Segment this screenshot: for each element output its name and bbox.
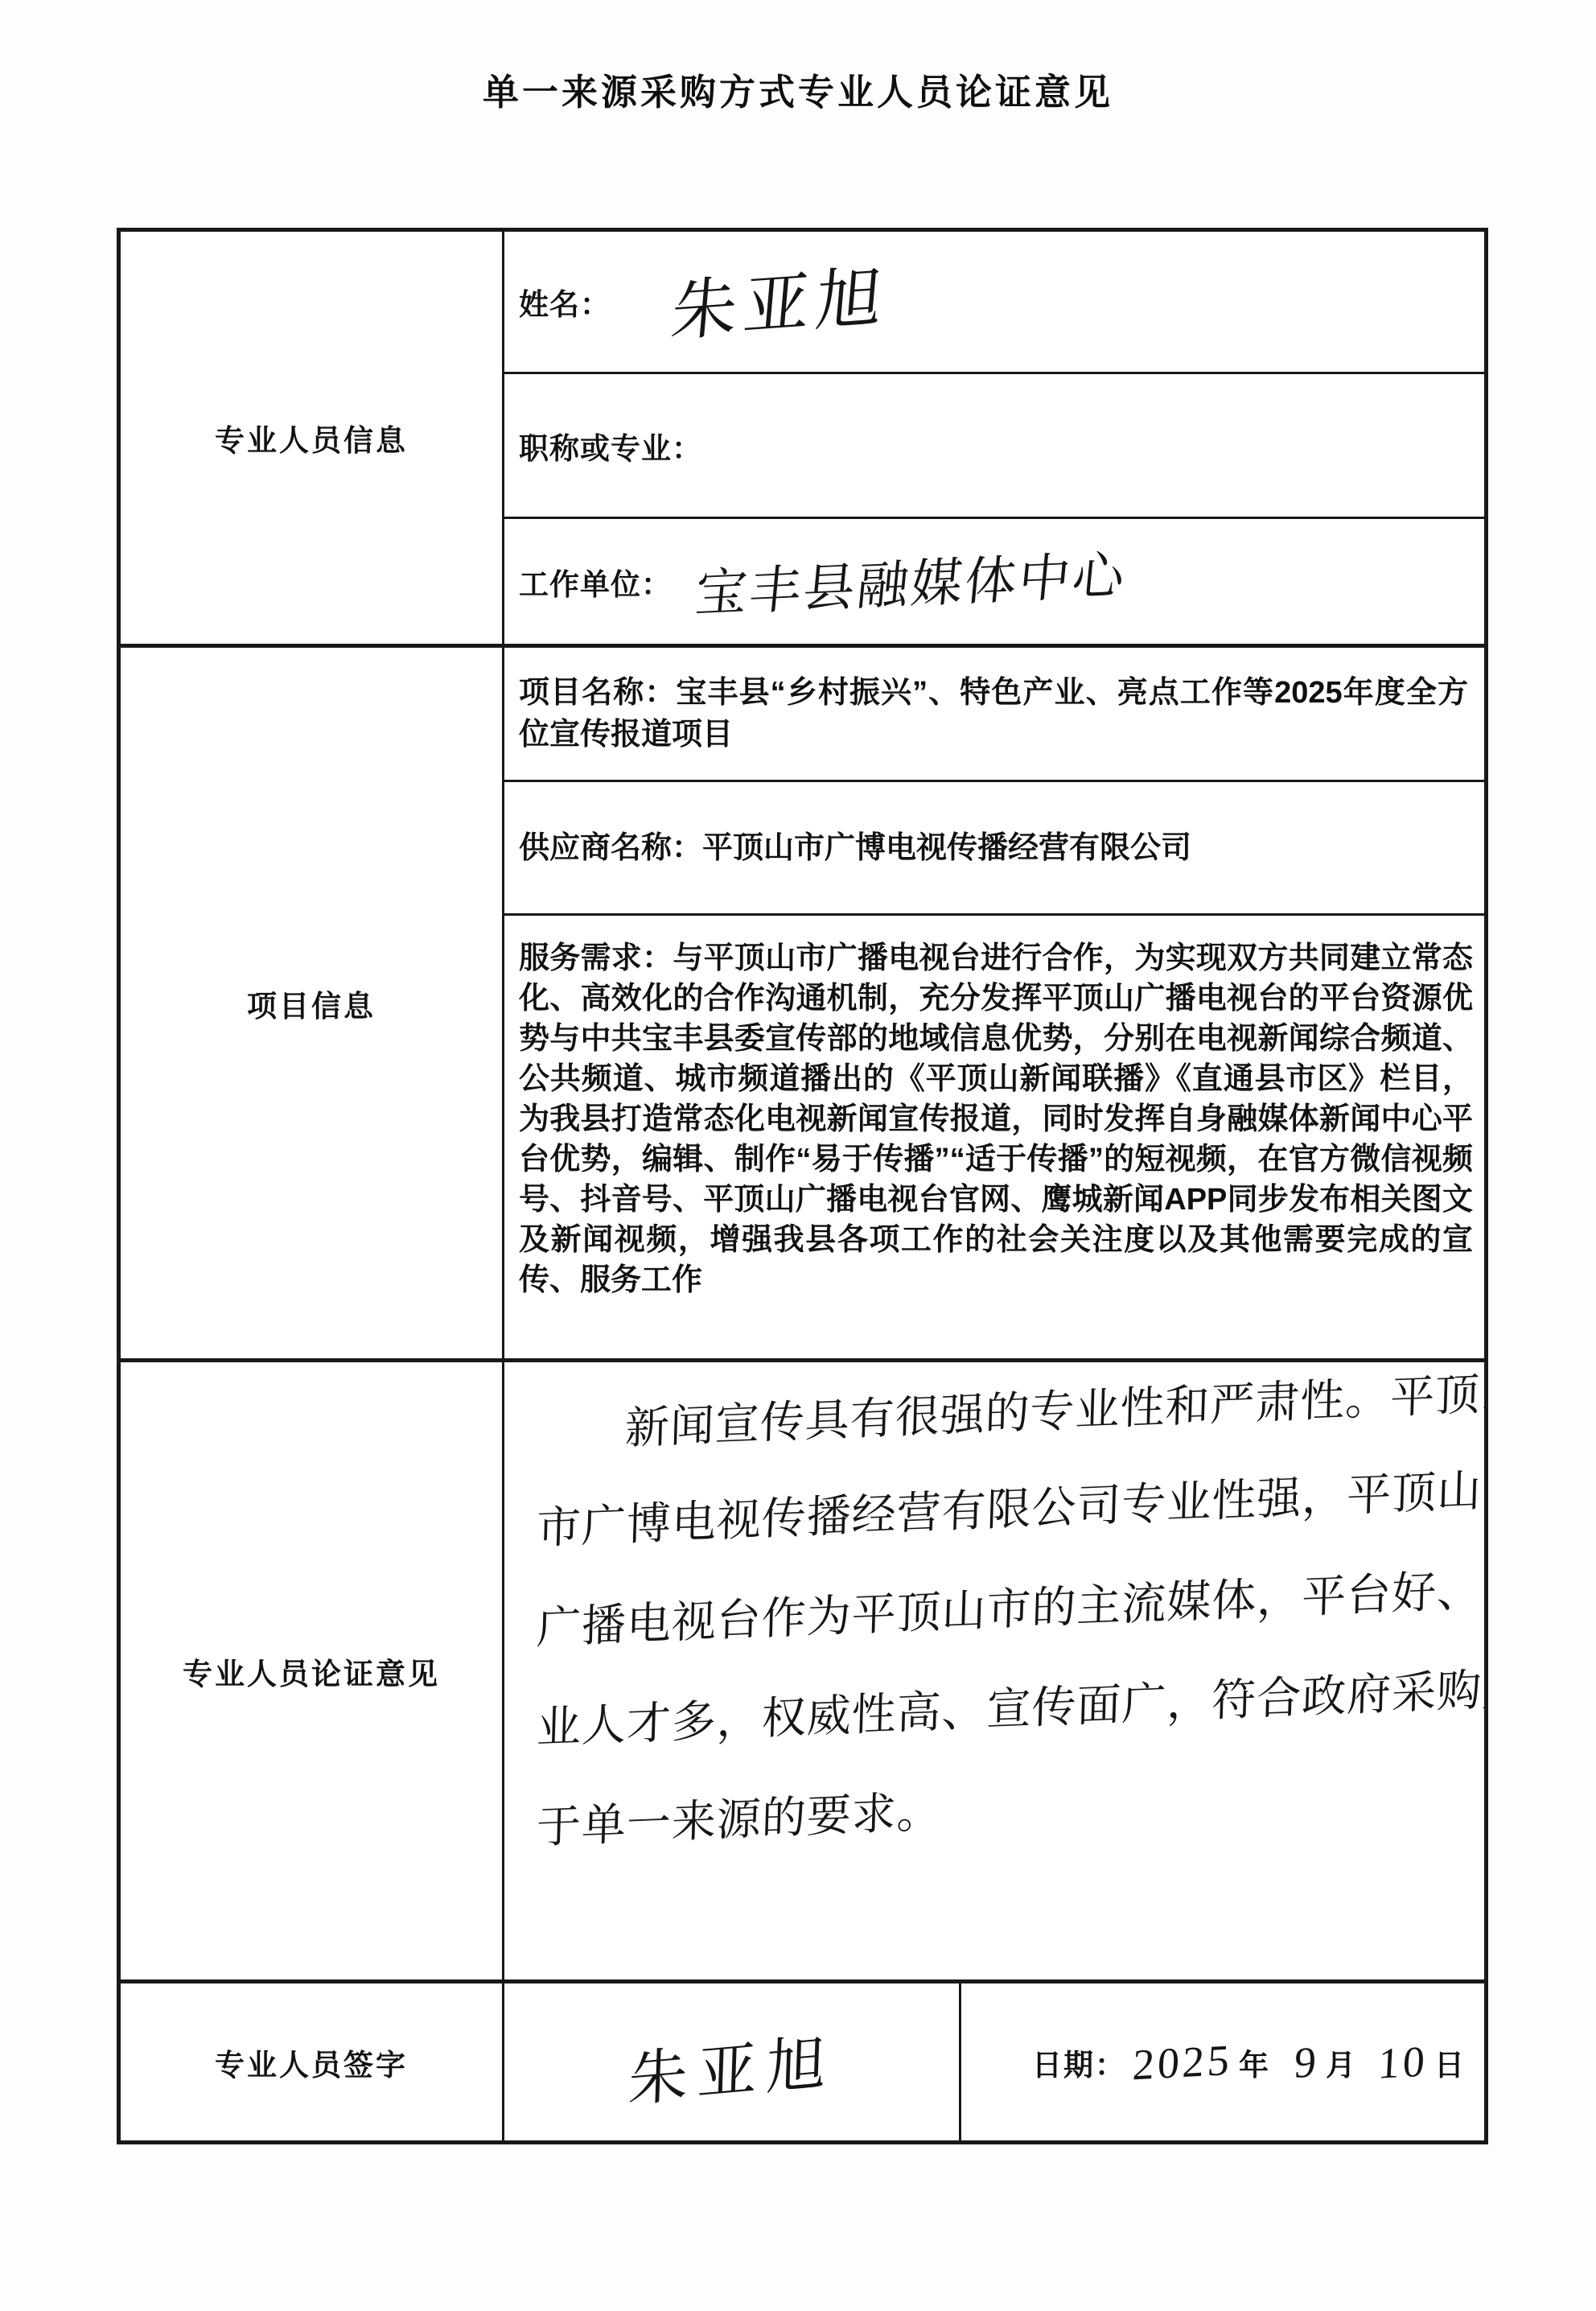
section-label-project-text: 项目信息 (247, 982, 376, 1025)
title-or-major-row: 职称或专业： (504, 374, 1484, 519)
date-day-suffix: 日 (1434, 2041, 1466, 2084)
name-row: 姓名： 朱亚旭 (504, 232, 1484, 374)
section-label-personnel-text: 专业人员信息 (215, 416, 408, 459)
date-label: 日期： (1032, 2041, 1126, 2084)
name-handwriting: 朱亚旭 (668, 244, 893, 354)
date-year-suffix: 年 (1239, 2041, 1270, 2084)
page-title: 单一来源采购方式专业人员论证意见 (0, 63, 1596, 115)
signature-handwriting: 朱亚旭 (627, 2014, 837, 2118)
opinion-handwriting-line: 于单一来源的要求。 (536, 1762, 1484, 1856)
opinion-handwriting-line: 广播电视台作为平顶山市的主流媒体，平台好、专 (536, 1563, 1484, 1657)
supplier-name-text: 供应商名称：平顶山市广博电视传播经营有限公司 (504, 782, 1484, 916)
title-or-major-label: 职称或专业： (519, 424, 702, 468)
name-label: 姓名： (519, 280, 611, 323)
section-label-signature: 专业人员签字 (121, 1984, 504, 2140)
section-label-opinion-text: 专业人员论证意见 (183, 1650, 440, 1693)
form-table: 专业人员信息 姓名： 朱亚旭 职称或专业： 工作单位： 宝丰县融媒体中心 项目信… (117, 228, 1488, 2144)
work-unit-row: 工作单位： 宝丰县融媒体中心 (504, 519, 1484, 648)
work-unit-handwriting: 宝丰县融媒体中心 (693, 533, 1130, 627)
date-cell: 日期： 2025 年 9 月 10 日 (961, 1984, 1484, 2140)
project-name-text: 项目名称：宝丰县“乡村振兴”、特色产业、亮点工作等2025年度全方位宣传报道项目 (504, 648, 1484, 782)
date-day-handwriting: 10 (1376, 2036, 1429, 2089)
opinion-handwriting-block: 新闻宣传具有很强的专业性和严肃性。平顶山 市广博电视传播经营有限公司专业性强，平… (504, 1362, 1484, 1984)
opinion-handwriting-line: 新闻宣传具有很强的专业性和严肃性。平顶山 (624, 1366, 1484, 1457)
service-requirement-text: 服务需求：与平顶山市广播电视台进行合作，为实现双方共同建立常态化、高效化的合作沟… (504, 916, 1484, 1362)
work-unit-label: 工作单位： (519, 560, 672, 603)
date-month-suffix: 月 (1326, 2041, 1357, 2084)
section-label-personnel: 专业人员信息 (121, 232, 504, 648)
section-label-signature-text: 专业人员签字 (215, 2041, 408, 2084)
section-label-opinion: 专业人员论证意见 (121, 1362, 504, 1984)
document-page: 单一来源采购方式专业人员论证意见 专业人员信息 姓名： 朱亚旭 职称或专业： 工… (0, 0, 1596, 2311)
date-year-handwriting: 2025 (1131, 2034, 1233, 2090)
section-label-project: 项目信息 (121, 648, 504, 1362)
opinion-handwriting-line: 市广博电视传播经营有限公司专业性强，平顶山 (536, 1463, 1484, 1557)
signature-cell: 朱亚旭 (504, 1984, 961, 2140)
date-month-handwriting: 9 (1293, 2037, 1320, 2088)
opinion-handwriting-line: 业人才多，权威性高、宣传面广，符合政府采购关 (536, 1662, 1484, 1757)
